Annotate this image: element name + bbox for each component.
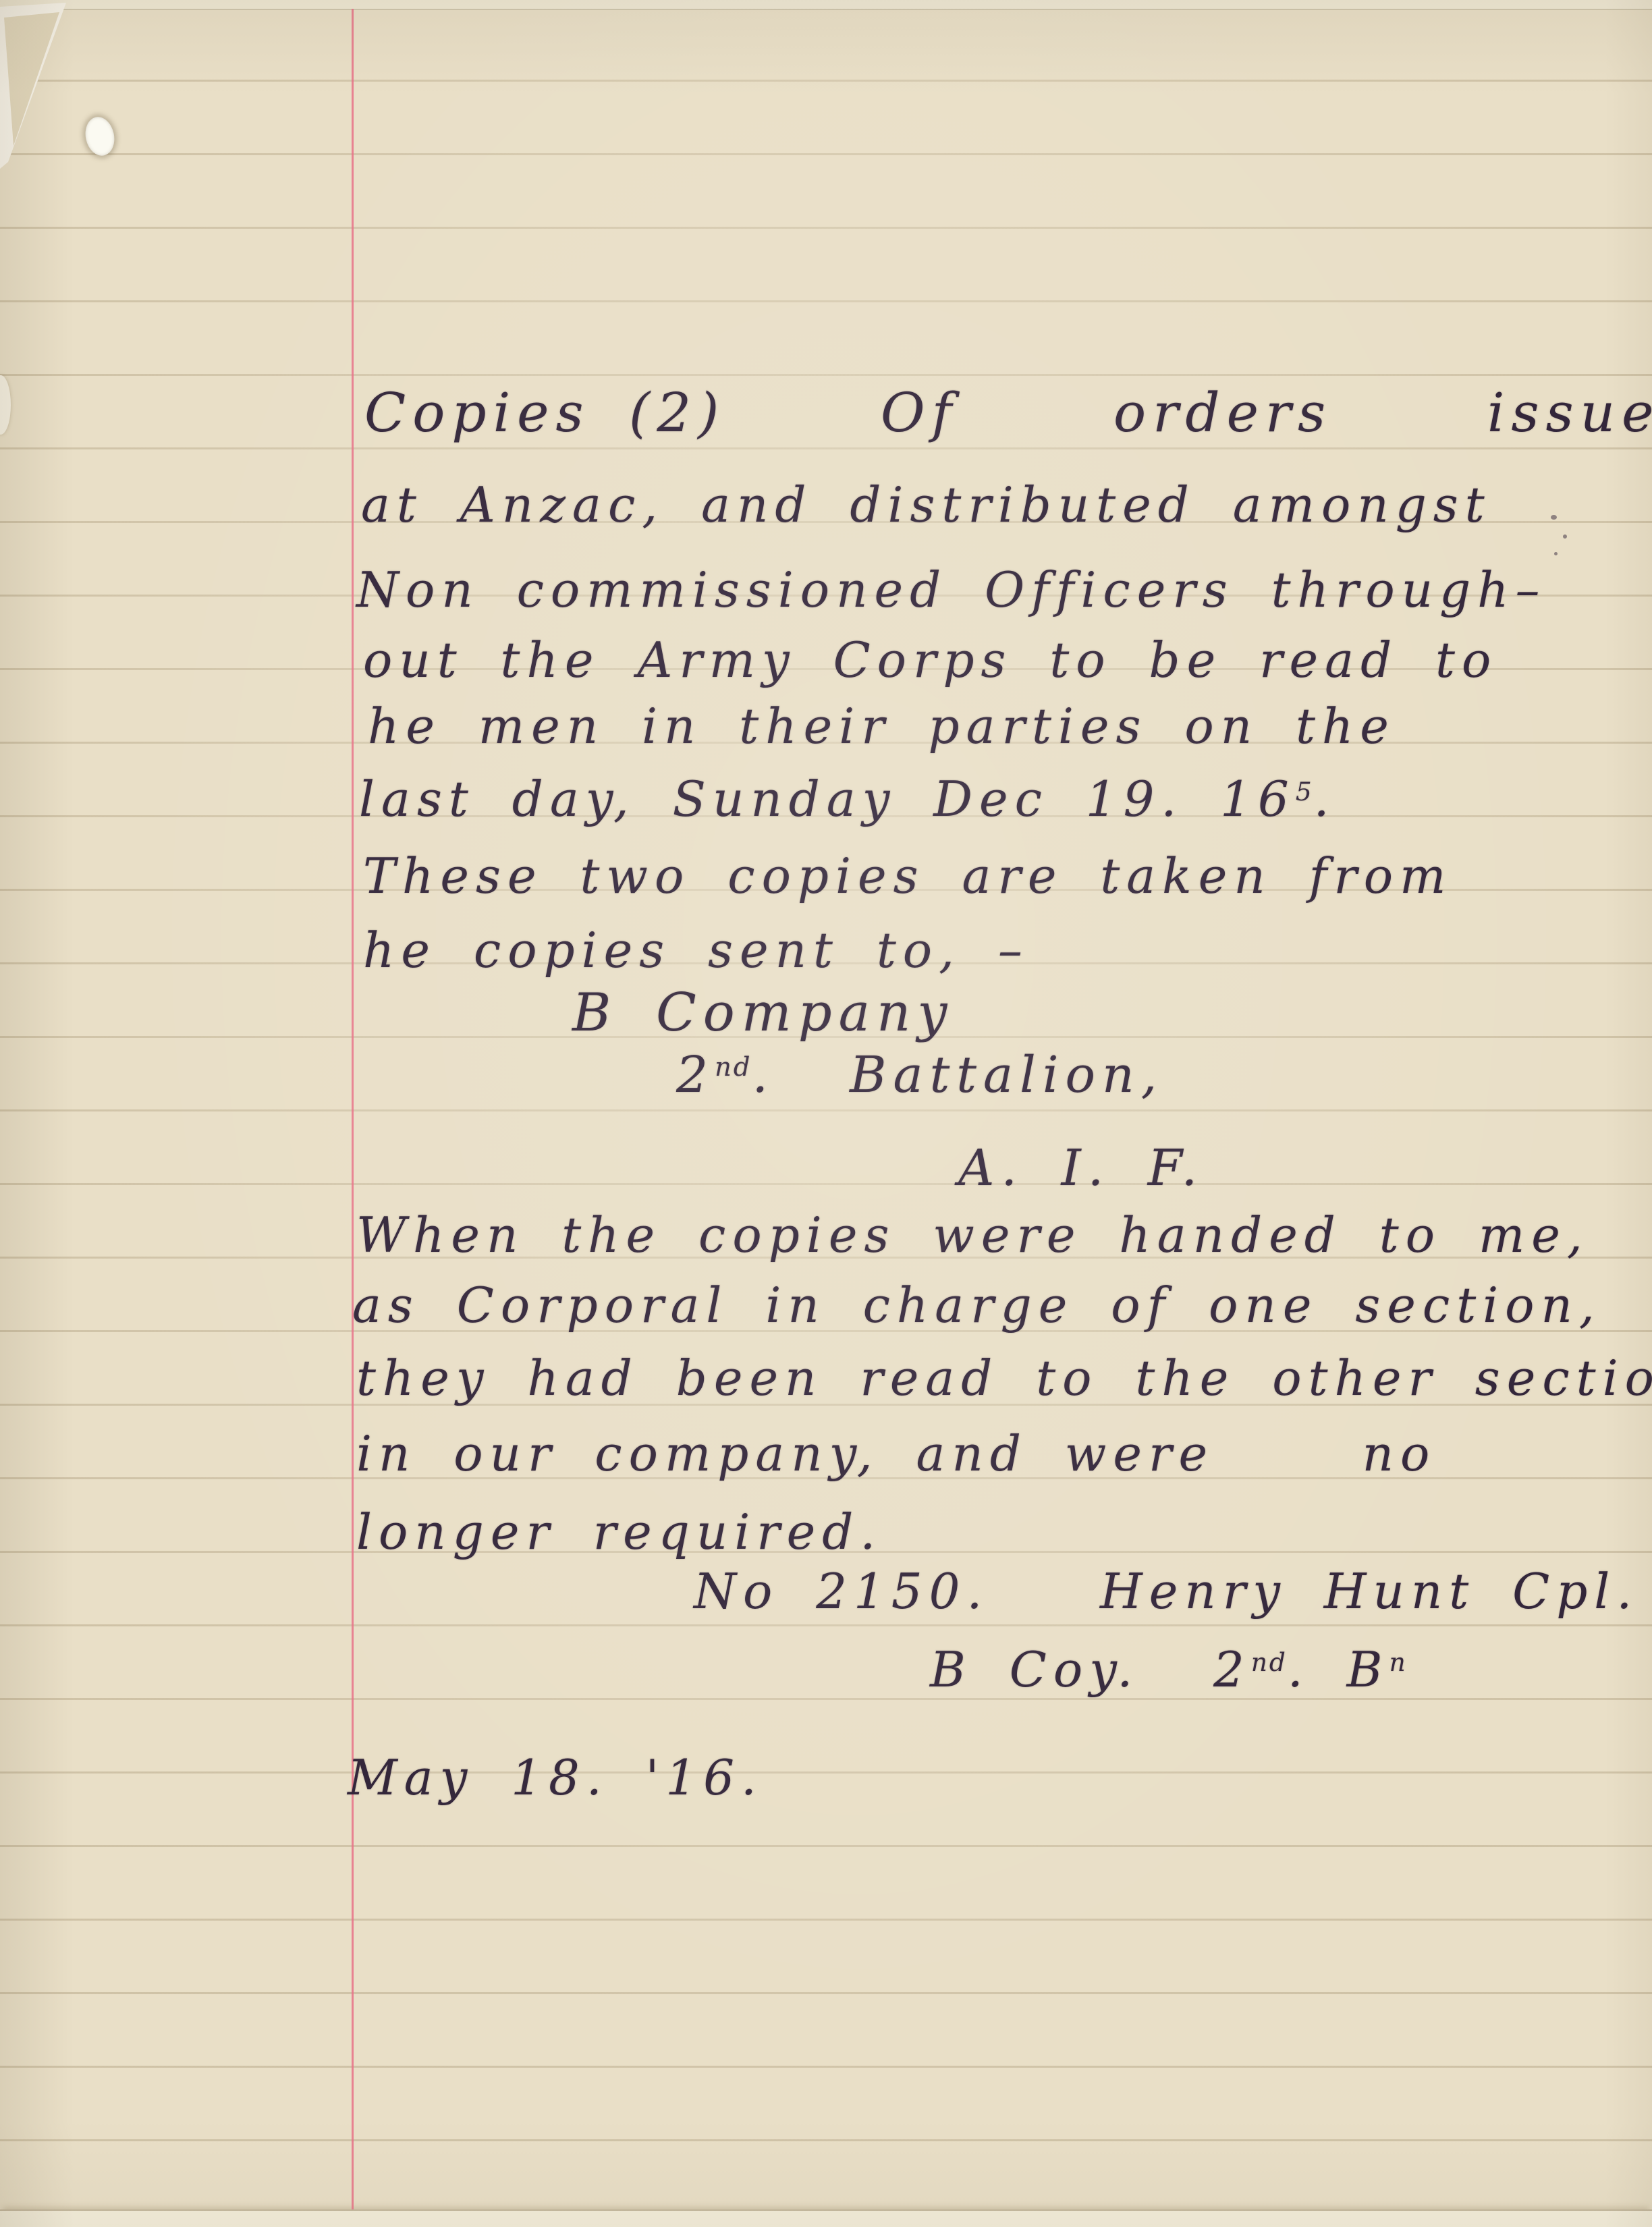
handwritten-line: No 2150. Henry Hunt Cpl. (694, 1567, 1639, 1616)
handwritten-line: last day, Sunday Dec 19. 165. (359, 775, 1336, 823)
handwritten-line: he copies sent to, – (363, 926, 1029, 974)
handwritten-line: Non commissioned Officers through– (356, 566, 1547, 614)
handwritten-line: longer required. (356, 1508, 882, 1556)
line-text: A. I. F. (958, 1139, 1204, 1197)
line-text: 2 (676, 1046, 715, 1104)
handwritten-line: he men in their parties on the (368, 702, 1396, 750)
line-text: out the Army Corps to be read to (363, 632, 1497, 688)
handwritten-line: in our company, and were no (356, 1429, 1436, 1478)
line-text: B Company (572, 983, 954, 1043)
line-text: Copies (2) Of orders issued (364, 381, 1652, 444)
handwriting-layer: Copies (2) Of orders issued at Anzac, an… (0, 0, 1652, 2227)
line-text: These two copies are taken from (363, 848, 1452, 904)
line-text: May 18. '16. (348, 1749, 763, 1806)
line-text: . (1314, 771, 1336, 827)
handwritten-line: These two copies are taken from (363, 852, 1452, 900)
superscript: nd (715, 1052, 752, 1082)
handwritten-line: at Anzac, and distributed amongst (361, 480, 1491, 529)
line-text: last day, Sunday Dec 19. 16 (359, 771, 1296, 827)
line-text: . B (1288, 1641, 1389, 1698)
handwritten-line-date: May 18. '16. (348, 1753, 763, 1802)
handwritten-line: A. I. F. (958, 1143, 1204, 1193)
handwritten-line: When the copies were handed to me, (356, 1211, 1589, 1259)
handwritten-line: Copies (2) Of orders issued (364, 386, 1652, 440)
line-text: he men in their parties on the (368, 698, 1396, 754)
handwritten-line: as Corporal in charge of one section, (352, 1281, 1601, 1329)
handwritten-line: 2nd. Battalion, (676, 1050, 1163, 1100)
line-text: B Coy. 2 (930, 1641, 1251, 1698)
line-text: they had been read to the other sections (356, 1350, 1652, 1406)
superscript: nd (1251, 1647, 1288, 1677)
line-text: Non commissioned Officers through– (356, 561, 1547, 618)
line-text: . Battalion, (752, 1046, 1164, 1104)
handwritten-line: B Coy. 2nd. Bn (930, 1645, 1408, 1694)
handwritten-line: they had been read to the other sections (356, 1354, 1652, 1402)
line-text: as Corporal in charge of one section, (352, 1277, 1601, 1334)
handwritten-line: out the Army Corps to be read to (363, 636, 1497, 684)
handwritten-line: B Company (572, 987, 954, 1039)
line-text: he copies sent to, – (363, 922, 1029, 979)
scanned-letter-page: Copies (2) Of orders issued at Anzac, an… (0, 0, 1652, 2227)
line-text: When the copies were handed to me, (356, 1207, 1589, 1263)
line-text: No 2150. Henry Hunt Cpl. (694, 1563, 1639, 1620)
line-text: longer required. (356, 1504, 882, 1560)
line-text: at Anzac, and distributed amongst (361, 476, 1491, 533)
line-text: in our company, and were no (356, 1425, 1436, 1482)
superscript: 5 (1296, 777, 1314, 806)
superscript: n (1389, 1647, 1408, 1677)
